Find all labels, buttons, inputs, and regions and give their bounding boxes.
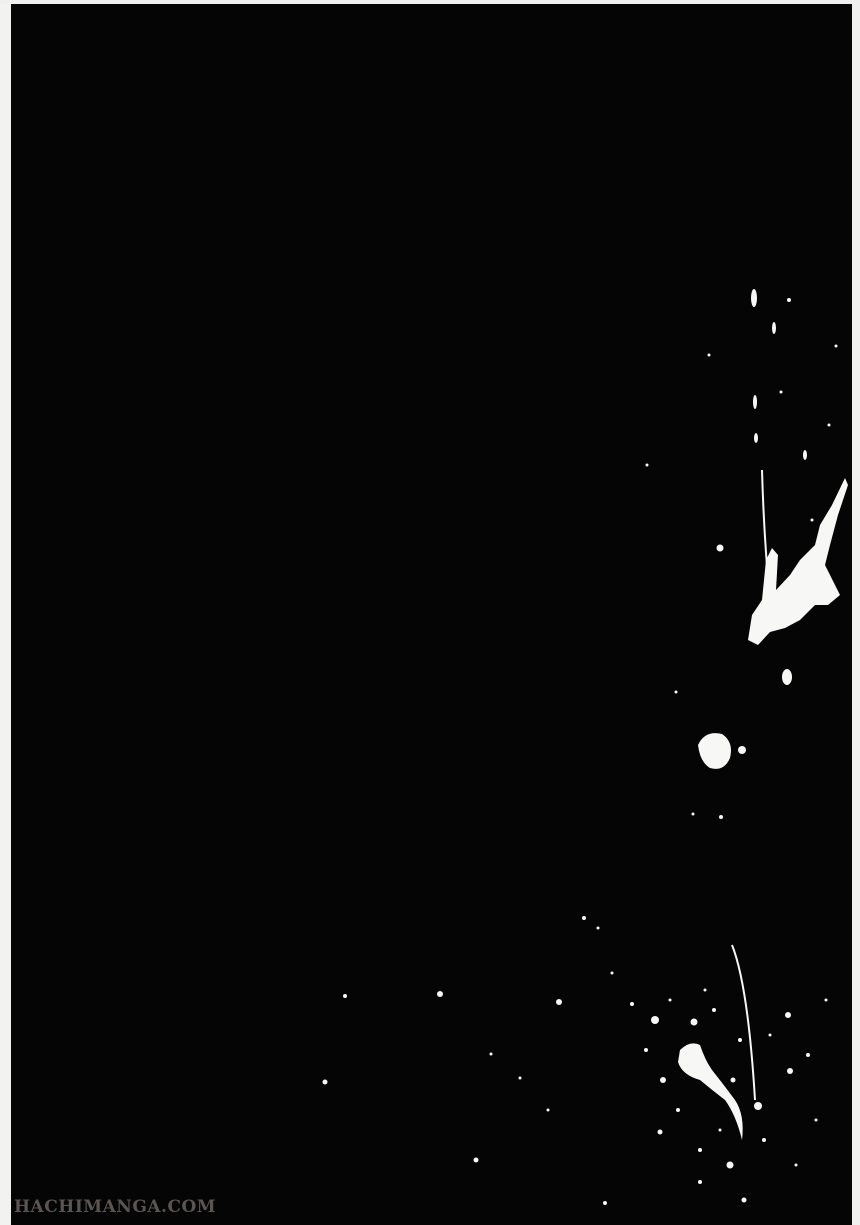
site-watermark: HACHIMANGA.COM <box>14 1197 216 1217</box>
ink-splatter <box>0 0 860 1225</box>
